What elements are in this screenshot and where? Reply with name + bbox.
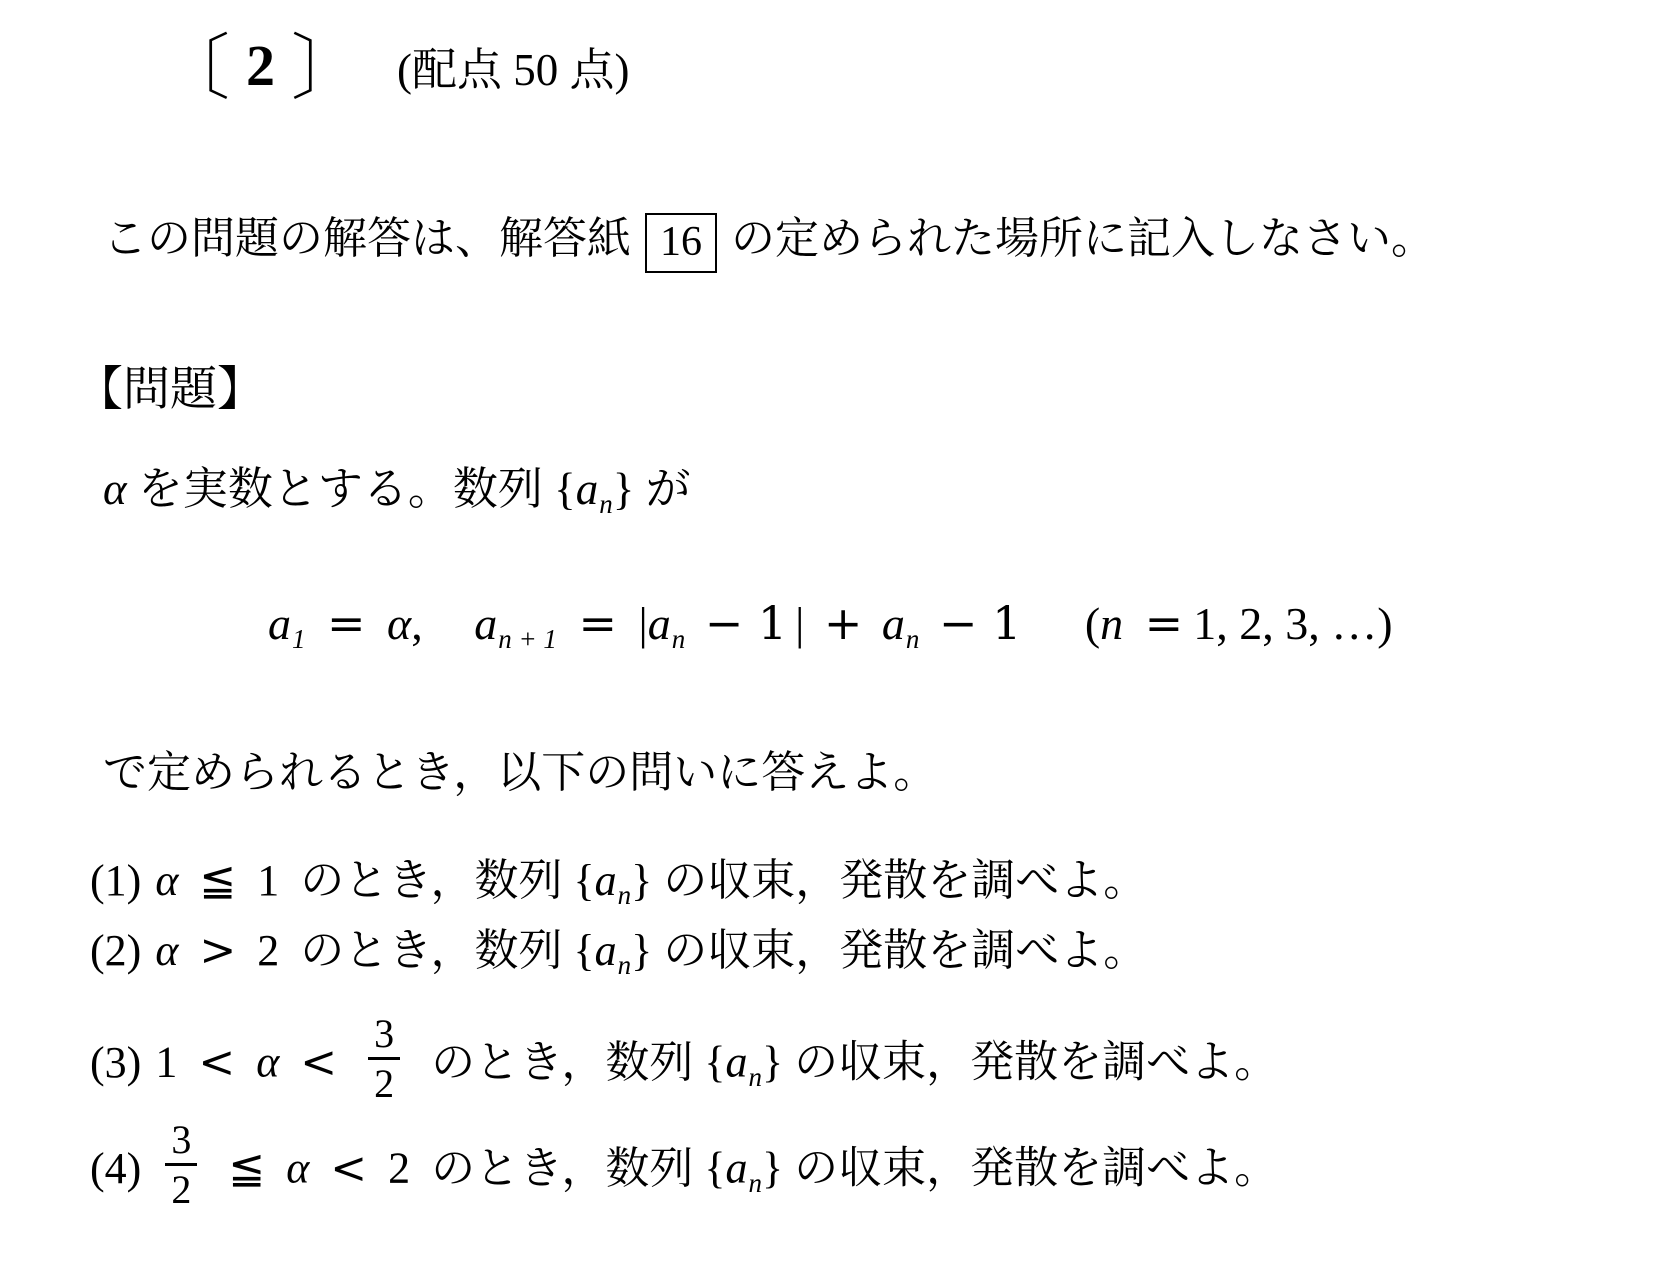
sequence-brace-close: } bbox=[631, 926, 652, 975]
instruction-before-box: この問題の解答は、解答紙 bbox=[103, 214, 631, 263]
sequence-brace-close: } bbox=[613, 464, 635, 514]
less-than-sign: < bbox=[198, 1037, 235, 1088]
comma: , bbox=[411, 598, 423, 649]
question-4-label: (4) bbox=[90, 1144, 141, 1193]
sequence-subscript: n bbox=[749, 1168, 763, 1198]
question-1-label: (1) bbox=[90, 856, 141, 905]
minus-one: − 1 bbox=[939, 596, 1021, 650]
alpha-symbol: α bbox=[256, 1038, 279, 1087]
sequence-var: a bbox=[595, 926, 617, 975]
alpha-symbol: α bbox=[286, 1144, 309, 1193]
sequence-brace-open: { bbox=[554, 464, 576, 514]
setup-text-end: が bbox=[646, 464, 691, 514]
leq-sign: ≦ bbox=[199, 855, 236, 906]
less-than-sign: < bbox=[330, 1143, 367, 1194]
condition-value: 1 bbox=[257, 856, 279, 905]
alpha-symbol: α bbox=[155, 926, 178, 975]
alpha-symbol: α bbox=[155, 856, 178, 905]
sequence-brace-close: } bbox=[762, 1144, 783, 1193]
sequence-var: a bbox=[726, 1144, 748, 1193]
question-1: (1)α ≦ 1 のとき，数列 {an} の収束，発散を調べよ。 bbox=[90, 852, 1147, 924]
less-than-sign: < bbox=[300, 1037, 337, 1088]
sequence-subscript: n bbox=[599, 489, 613, 519]
range-n-var: n bbox=[1100, 598, 1123, 649]
open-tortoise-bracket: 〔 bbox=[158, 29, 230, 109]
leq-sign: ≦ bbox=[228, 1143, 265, 1194]
sequence-var: a bbox=[726, 1038, 748, 1087]
an1-var: a bbox=[474, 598, 497, 649]
alpha-symbol: α bbox=[103, 464, 127, 514]
question-tail: の収束，発散を調べよ。 bbox=[794, 1144, 1278, 1193]
a1-var: a bbox=[268, 598, 291, 649]
alpha-symbol: α bbox=[387, 598, 411, 649]
condition-lhs: 1 bbox=[155, 1038, 177, 1087]
closing-line: で定められるとき，以下の問いに答えよ。 bbox=[103, 736, 937, 800]
sequence-brace-open: { bbox=[704, 1144, 725, 1193]
question-text: のとき，数列 bbox=[300, 856, 562, 905]
answer-sheet-number-box: 16 bbox=[645, 213, 717, 273]
an-var: a bbox=[648, 598, 671, 649]
question-tail: の収束，発散を調べよ。 bbox=[663, 926, 1147, 975]
an1-subscript: n + 1 bbox=[498, 624, 557, 654]
condition-value: 2 bbox=[257, 926, 279, 975]
setup-line: α を実数とする。数列 {an} が bbox=[103, 452, 691, 520]
abs-bar-open: | bbox=[638, 598, 647, 649]
question-text: のとき，数列 bbox=[431, 1144, 693, 1193]
condition-rhs: 2 bbox=[388, 1144, 410, 1193]
instruction-after-box: の定められた場所に記入しなさい。 bbox=[731, 214, 1435, 263]
fraction-three-halves: 32 bbox=[368, 1010, 400, 1107]
exam-page: 〔2〕(配点 50 点) この問題の解答は、解答紙16の定められた場所に記入しな… bbox=[0, 0, 1675, 1278]
range-values: 1, 2, 3, … bbox=[1193, 598, 1377, 649]
question-3-label: (3) bbox=[90, 1038, 141, 1087]
question-4: (4)32 ≦ α < 2 のとき，数列 {an} の収束，発散を調べよ。 bbox=[90, 1124, 1278, 1221]
fraction-denominator: 2 bbox=[368, 1057, 400, 1107]
points-note: (配点 50 点) bbox=[397, 45, 629, 95]
sequence-brace-open: { bbox=[574, 856, 595, 905]
problem-header: 〔2〕(配点 50 点) bbox=[158, 24, 630, 114]
question-3: (3)1 < α < 32 のとき，数列 {an} の収束，発散を調べよ。 bbox=[90, 1018, 1278, 1115]
an-var: a bbox=[882, 598, 905, 649]
question-2-label: (2) bbox=[90, 926, 141, 975]
range-paren-open: ( bbox=[1085, 598, 1100, 649]
question-text: のとき，数列 bbox=[431, 1038, 693, 1087]
minus-one: − 1 bbox=[705, 596, 787, 650]
recurrence-formula: a1 = α, an + 1 = |an − 1| + an − 1 (n =1… bbox=[268, 596, 1393, 655]
a1-subscript: 1 bbox=[292, 624, 306, 654]
question-tail: の収束，発散を調べよ。 bbox=[663, 856, 1147, 905]
equals-sign: = bbox=[327, 596, 366, 650]
equals-sign: = bbox=[1145, 596, 1184, 650]
sequence-brace-close: } bbox=[762, 1038, 783, 1087]
sequence-subscript: n bbox=[618, 880, 632, 910]
an-subscript: n bbox=[672, 624, 686, 654]
problem-number: 2 bbox=[246, 33, 275, 98]
instruction-line: この問題の解答は、解答紙16の定められた場所に記入しなさい。 bbox=[103, 208, 1435, 273]
an-subscript: n bbox=[906, 624, 920, 654]
range-paren-close: ) bbox=[1377, 598, 1392, 649]
fraction-numerator: 3 bbox=[165, 1116, 197, 1163]
fraction-three-halves: 32 bbox=[165, 1116, 197, 1213]
fraction-numerator: 3 bbox=[368, 1010, 400, 1057]
greater-than-sign: > bbox=[199, 925, 236, 976]
question-tail: の収束，発散を調べよ。 bbox=[794, 1038, 1278, 1087]
sequence-brace-open: { bbox=[574, 926, 595, 975]
abs-bar-close: | bbox=[795, 598, 804, 649]
question-2: (2)α > 2 のとき，数列 {an} の収束，発散を調べよ。 bbox=[90, 922, 1147, 994]
sequence-var: a bbox=[576, 464, 599, 514]
close-tortoise-bracket: 〕 bbox=[291, 29, 363, 109]
sequence-subscript: n bbox=[749, 1062, 763, 1092]
fraction-denominator: 2 bbox=[165, 1163, 197, 1213]
sequence-brace-open: { bbox=[704, 1038, 725, 1087]
sequence-subscript: n bbox=[618, 950, 632, 980]
plus-sign: + bbox=[824, 596, 863, 650]
problem-section-label: 【問題】 bbox=[76, 352, 264, 419]
question-text: のとき，数列 bbox=[300, 926, 562, 975]
sequence-brace-close: } bbox=[631, 856, 652, 905]
setup-text: を実数とする。数列 bbox=[138, 464, 543, 514]
sequence-var: a bbox=[595, 856, 617, 905]
equals-sign: = bbox=[578, 596, 617, 650]
